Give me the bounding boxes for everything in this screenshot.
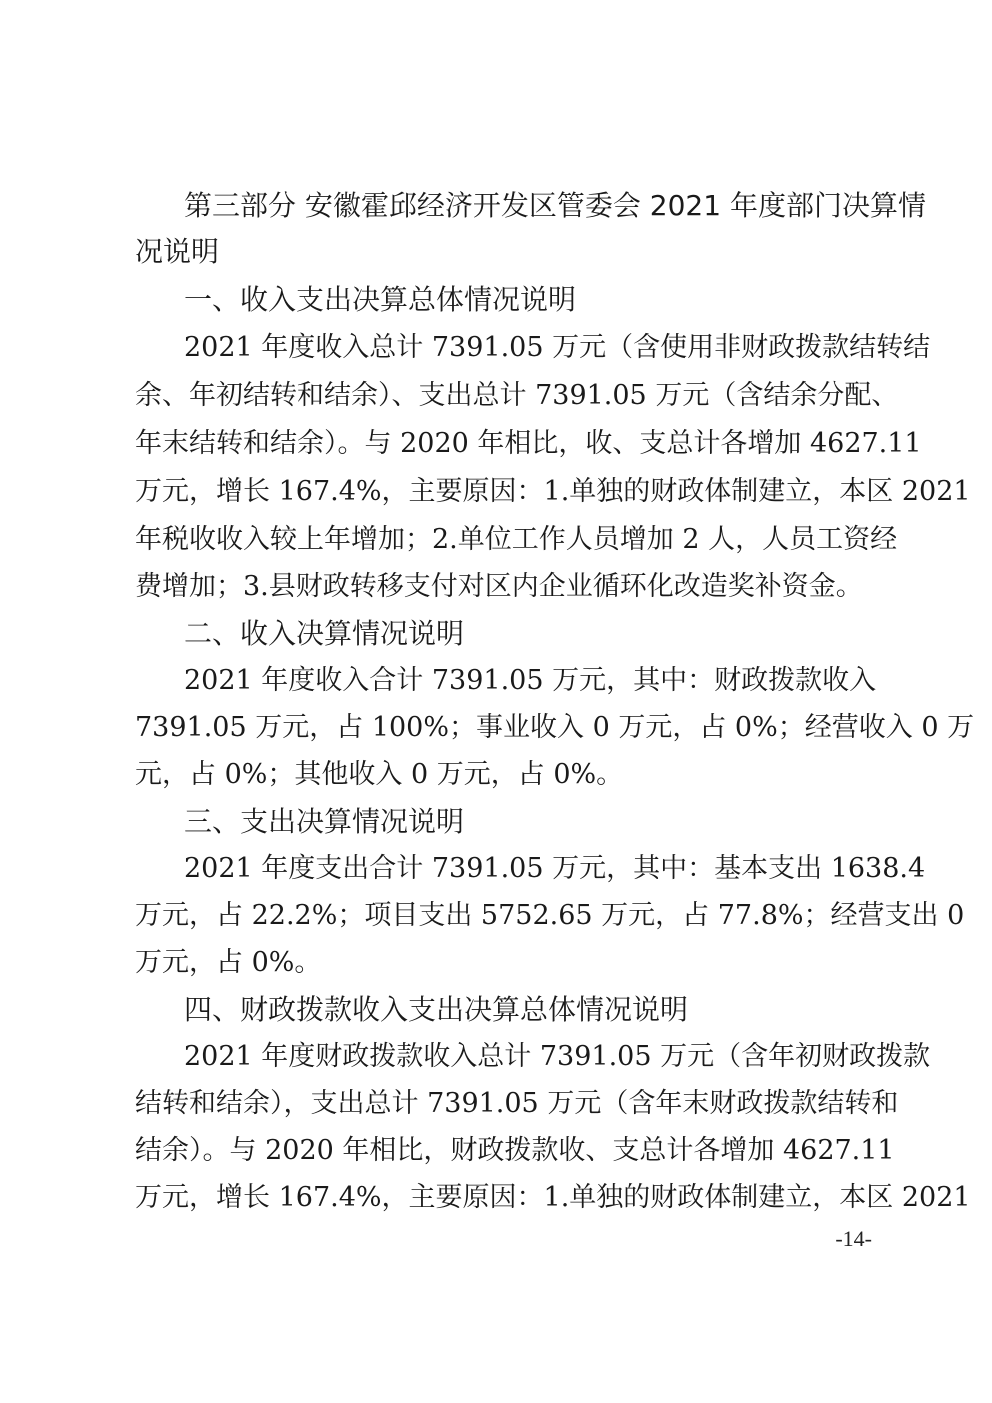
section-1-paragraph-line: 余、年初结转和结余）、支出总计 7391.05 万元（含结余分配、 — [135, 376, 865, 416]
section-1-paragraph-line: 费增加；3.县财政转移支付对区内企业循环化改造奖补资金。 — [135, 567, 865, 607]
section-2-paragraph-line: 7391.05 万元，占 100%；事业收入 0 万元，占 0%；经营收入 0 … — [135, 708, 865, 748]
section-3-heading: 三、支出决算情况说明 — [184, 802, 865, 842]
section-3-paragraph-line: 2021 年度支出合计 7391.05 万元，其中：基本支出 1638.4 — [184, 849, 865, 889]
section-4-heading: 四、财政拨款收入支出决算总体情况说明 — [184, 990, 865, 1030]
page-number: -14- — [812, 1224, 872, 1254]
section-3-paragraph-line: 万元，占 0%。 — [135, 943, 865, 983]
section-4-paragraph-line: 结转和结余），支出总计 7391.05 万元（含年末财政拨款结转和 — [135, 1084, 865, 1124]
section-1-paragraph-line: 年末结转和结余）。与 2020 年相比，收、支总计各增加 4627.11 — [135, 424, 865, 464]
section-1-heading: 一、收入支出决算总体情况说明 — [184, 280, 865, 320]
section-4-paragraph-line: 万元，增长 167.4%，主要原因：1.单独的财政体制建立，本区 2021 — [135, 1178, 865, 1218]
section-1-paragraph-line: 万元，增长 167.4%，主要原因：1.单独的财政体制建立，本区 2021 — [135, 472, 865, 512]
document-title-line-2: 况说明 — [135, 232, 865, 272]
section-4-paragraph-line: 结余）。与 2020 年相比，财政拨款收、支总计各增加 4627.11 — [135, 1131, 865, 1171]
section-4-paragraph-line: 2021 年度财政拨款收入总计 7391.05 万元（含年初财政拨款 — [184, 1037, 865, 1077]
section-3-paragraph-line: 万元，占 22.2%；项目支出 5752.65 万元，占 77.8%；经营支出 … — [135, 896, 865, 936]
section-1-paragraph-line: 2021 年度收入总计 7391.05 万元（含使用非财政拨款结转结 — [184, 328, 865, 368]
section-2-paragraph-line: 元，占 0%；其他收入 0 万元，占 0%。 — [135, 755, 865, 795]
section-2-heading: 二、收入决算情况说明 — [184, 614, 865, 654]
document-page: 第三部分 安徽霍邱经济开发区管委会 2021 年度部门决算情 况说明 一、收入支… — [0, 0, 992, 1403]
section-2-paragraph-line: 2021 年度收入合计 7391.05 万元，其中：财政拨款收入 — [184, 661, 865, 701]
section-1-paragraph-line: 年税收收入较上年增加；2.单位工作人员增加 2 人，人员工资经 — [135, 520, 865, 560]
document-title-line-1: 第三部分 安徽霍邱经济开发区管委会 2021 年度部门决算情 — [184, 186, 865, 226]
